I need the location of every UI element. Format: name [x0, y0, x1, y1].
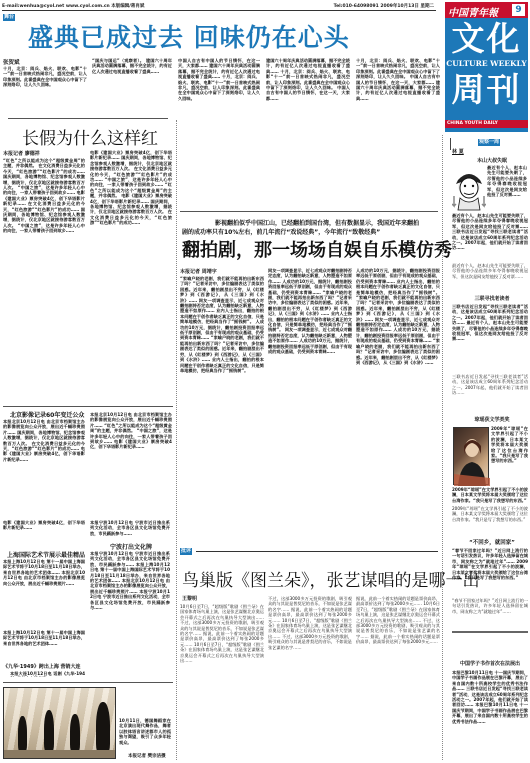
top-story-col-3: 中国人自古有中国人的节日情怀，在这一天，大家都…… 建国六十周年庆典活动圆满落幕…	[178, 58, 260, 208]
beijing-subhead: 北京影像记录60年变迁公众	[10, 410, 80, 419]
top-story-col-2: “国庆与国运”（观察者）。 建国六十周年庆典活动圆满落幕，据不完全统计，约有近亿…	[92, 58, 172, 114]
dancer-figure	[44, 710, 54, 752]
page-number: 9	[512, 4, 525, 16]
newspaper-logo: 中国青年報	[448, 4, 498, 19]
fanpai-byline: 本报记者 周靖宇	[180, 268, 217, 275]
divider	[180, 211, 438, 212]
top-story-author: 张贺斌	[3, 58, 20, 66]
right-article4-text-b: “春节不回家过年吗？”近日网上流行的一句话引发热议，许多年轻人选择留在城市，网友…	[452, 598, 528, 626]
top-story-col-4: 建国六十周年庆典活动圆满落幕，据不完全统计，约有近亿人次通过电视直播收看了盛典……	[266, 58, 350, 208]
shanghai-lead-text: 电影《建国大业》票房突破4亿，创下华语影片新纪录……	[3, 520, 85, 548]
masthead-brand-bar: 中国青年報 9	[445, 2, 528, 18]
header-date: Tel:010-64098091 2009年10月13日 星期二	[334, 3, 434, 9]
divider	[8, 118, 168, 119]
dancer-figure	[70, 714, 80, 752]
right-article2-text: 三联书店近日发起“寻找三联老读者”活动，这是该店成立60周年系列纪念活动之一。2…	[452, 304, 528, 374]
header-bar: E-mail:wenhua@cyol.net www.cyol.com.cn 本…	[2, 2, 436, 11]
ningbo-body: 本报宁波10月12日电 宁波市近日推出系列文化活动，全市各区县文化场馆免费开放，…	[90, 551, 170, 673]
photo-credit: 本报记者 樊宗洁摄	[128, 753, 166, 759]
ningbo-subhead: 宁波打出文化牌	[96, 542, 166, 551]
portrait-icon	[454, 428, 490, 486]
shanghai-body: 本报上海10月12日电 第十一届中国上海国际艺术节将于10月18日至11月18日…	[3, 559, 85, 629]
right-article1-text-c: 最近有个人，赵本山先生可能要失眠了，尽管他的小品连续多年夺得春晚收视冠军，但这次…	[452, 263, 528, 293]
section-tag-weekly: 观察一周	[478, 139, 500, 146]
dancer-figure	[18, 716, 27, 752]
fanpai-col-1: “家喻户晓的老剧，我们就不能再拍出新东西了吗？”记者采访中，多位编剧表达了类似的…	[180, 276, 264, 534]
niaochao-col-2: 不过，这部3000多万元投资的歌剧，吸引观众的与其说是普契尼的音乐，不如说是张艺…	[268, 596, 352, 761]
snippet-body: 本报大连10月12日电 话剧《九华·1949》日前在大连首演……	[10, 671, 85, 677]
right-article3-text-b: 2009年“琼瑶”在文学界引起了不小的波澜，日本某文学奖将本届大奖颁给了这位台湾…	[452, 487, 528, 505]
right-article1-text-a: 最近有个人，赵本山先生可能要失眠了，尽管他的小品连续多年夺得春晚收视冠军，但这次…	[487, 165, 527, 213]
dancer-figure	[96, 702, 110, 754]
right-article2-text-b: 三联书店近日发起“寻找三联老读者”活动，这是该店成立60周年系列纪念活动之一。2…	[452, 374, 528, 414]
right-article4-text: “春节不回家过年吗？”近日网上流行的一句话引发热议，许多年轻人选择留在城市，网友…	[452, 548, 528, 598]
niaochao-col-1: 10月6日至7日，“超级版”歌剧《图兰朵》在国家体育场鸟巢上演，这是张艺谋继北京…	[180, 604, 264, 761]
fanpai-deck-1: 影视翻拍似乎中国江山，已经翻拍到国台湾，但有数据显示，我国近年来翻拍	[215, 218, 419, 227]
ningbo-lead-text: 本报宁波10月12日电 宁波市近日推出系列文化活动，全市各区县文化场馆免费开放，…	[90, 520, 170, 540]
changjia-byline: 本报记者 廖德祥	[3, 150, 40, 157]
right-column-author: 林 夏	[452, 148, 464, 155]
right-article3-text-c: 2009年“琼瑶”在文学界引起了不小的波澜，日本某文学奖将本届大奖颁给了这位台湾…	[452, 506, 528, 536]
snippet-subhead: 《九华·1949》跨出上海 营销大连	[3, 663, 81, 670]
header-contact: E-mail:wenhua@cyol.net www.cyol.com.cn 本…	[2, 3, 144, 9]
fanpai-col-3: 人成功的10万元，据统计，翻拍剧投资回报率远低于原创剧，但由于有现成的观众基础，…	[356, 268, 440, 534]
changjia-col-2: 电影《建国大业》票房突破4亿，创下华语影片新纪录…… 国庆期间，各地博物馆、纪念…	[90, 150, 172, 402]
right-article2-title: 三联寻找老读者	[462, 295, 522, 302]
main-headline: 盛典已成过去 回味仍在心头	[28, 18, 350, 54]
divider	[452, 631, 528, 633]
fanpai-col-2: 网友一项调查显示，近七成观众对翻拍剧持否定态度，认为翻拍缺乏新意，人物塑造不如原…	[268, 268, 352, 534]
divider	[3, 682, 173, 683]
column-separator	[442, 135, 443, 760]
divider	[3, 406, 173, 407]
divider	[196, 551, 438, 552]
divider	[450, 138, 451, 150]
masthead: 中国青年報 9 文化 CULTURE WEEKLY 周刊 CHINA YOUTH…	[445, 2, 528, 132]
changjia-col-1: “红色”之所以能成为这个“超级黄金周”的主题，并非偶然。 在文化消费日益多元化的…	[3, 158, 85, 402]
right-article3-title: 琼瑶获文学类奖	[462, 416, 522, 423]
masthead-title-bottom: 周刊	[445, 72, 528, 108]
masthead-title-en: CULTURE WEEKLY	[445, 59, 528, 68]
right-article4-title: “不回乡，就回家”	[462, 538, 522, 546]
beijing-body-2: 本报北京10月12日电 由北京市档案馆主办的影像展览向公众开放，展出近千幅珍贵照…	[90, 412, 172, 520]
photo-caption: 10月11日，德国舞蹈家在北京演出现代舞作品，舞者以肢体语言讲述都市人的孤独与渴…	[119, 718, 171, 752]
changjia-headline: 长假为什么这样红	[22, 124, 158, 149]
beijing-body: 本报北京10月12日电 由北京市档案馆主办的影像展览向公众开放，展出近千幅珍贵照…	[3, 419, 85, 519]
section-tag-critique: 批评	[180, 548, 192, 555]
right-article1-title: 本山大叔失眠	[462, 157, 522, 164]
section-tag-stage: 舞台	[3, 14, 15, 21]
caricature-icon	[452, 166, 486, 212]
fanpai-headline: 翻拍剧，那一场场自娱自乐模仿秀	[182, 236, 452, 262]
top-story-col-5: 十月，北京：阅兵、焰火、联欢、电影“十一”前一日首映式热闹非凡，盛况空前，让人印…	[356, 58, 440, 208]
shanghai-subhead: 上海国际艺术节展示最佳精品	[6, 550, 86, 559]
author-portrait-photo	[453, 427, 489, 485]
dance-photo	[3, 687, 116, 759]
masthead-title-top: 文化	[445, 21, 528, 57]
shanghai-body-tail: 本报上海10月12日电 第十一届中国上海国际艺术节将于10月18日至11月18日…	[3, 630, 85, 646]
fanpai-deck-2: 剧的成功率只有10%左右，前几年流行“戏说经典”，今年流行“致敬经典”	[182, 227, 380, 236]
right-article5-text: 本报巴黎10月11日电 十一国庆节期间，中国学子书画作品展在巴黎开幕，展出了来自…	[452, 670, 528, 760]
right-article1-text-b: 最近有个人，赵本山先生可能要失眠了，尽管他的小品连续多年夺得春晚收视冠军，但这次…	[452, 213, 528, 263]
top-story-col-1: 十月，北京：阅兵、焰火、联欢、电影“十一”前一日首映式热闹非凡，盛况空前，让人印…	[3, 66, 87, 114]
masthead-strip: CHINA YOUTH DAILY	[445, 120, 528, 128]
niaochao-byline: 王黎明	[182, 595, 197, 602]
column-separator	[176, 120, 177, 760]
right-article3-text-a: 2009年“琼瑶”在文学界引起了不小的波澜，日本某文学奖将本届大奖颁给了这位台湾…	[491, 426, 528, 486]
niaochao-headline: 鸟巢版《图兰朵》，张艺谋唱的是哪一出	[182, 566, 480, 591]
right-article5-title: 中国学子书作首次在法展出	[452, 660, 528, 667]
niaochao-col-3: 据说，此前一个着实热闹的话题是票价高昂，最高票价达到了每张2000多元…… 10…	[356, 596, 440, 761]
zhao-benshan-cartoon	[452, 166, 486, 212]
